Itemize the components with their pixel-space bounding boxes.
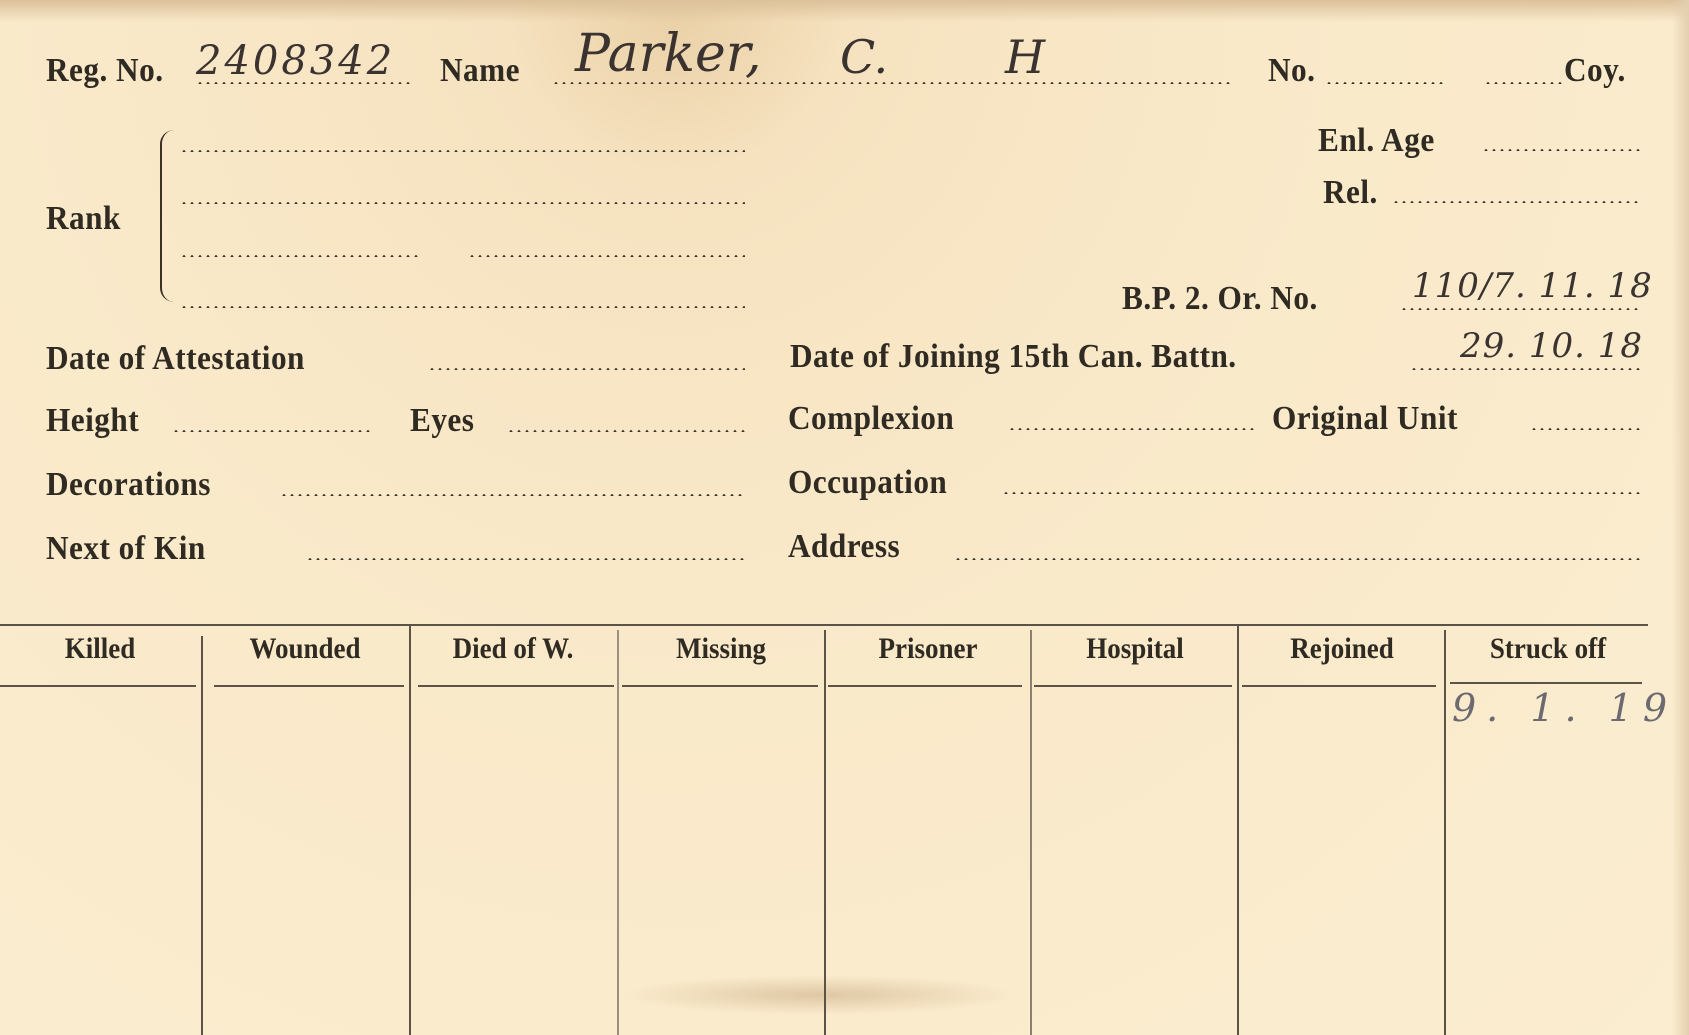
height-label: Height	[46, 402, 139, 440]
rank-line-3a	[180, 255, 420, 257]
bp2-dotted-line	[1400, 308, 1642, 310]
rank-line-1	[180, 150, 745, 152]
reg-no-label: Reg. No.	[46, 52, 163, 90]
complexion-label: Complexion	[788, 400, 954, 438]
eyes-label: Eyes	[410, 402, 474, 440]
column-divider	[1444, 630, 1446, 1035]
original-unit-label: Original Unit	[1272, 400, 1458, 438]
rank-brace	[160, 130, 176, 302]
decorations-dotted-line	[280, 494, 745, 496]
name-label: Name	[440, 52, 520, 90]
occupation-dotted-line	[1002, 492, 1642, 494]
column-header-wounded: Wounded	[212, 632, 397, 666]
column-divider	[201, 636, 203, 1035]
bp2-value: 110/7. 11. 18	[1412, 266, 1653, 306]
next-of-kin-label: Next of Kin	[46, 530, 206, 568]
enl-age-dotted-line	[1482, 149, 1642, 151]
table-top-rule	[0, 624, 1648, 626]
header-underline	[622, 685, 818, 687]
column-divider	[617, 630, 619, 1035]
address-label: Address	[788, 528, 900, 566]
header-underline	[1450, 682, 1642, 684]
address-dotted-line	[954, 558, 1642, 560]
paper-stain	[0, 0, 1689, 22]
header-underline	[1034, 685, 1232, 687]
header-underline	[1242, 685, 1436, 687]
enl-age-label: Enl. Age	[1318, 122, 1435, 160]
column-header-rejoined: Rejoined	[1250, 632, 1434, 666]
initial-value: H	[1005, 30, 1045, 84]
column-header-hospital: Hospital	[1042, 632, 1227, 666]
paper-edge	[1672, 0, 1689, 1035]
coy-dotted-line	[1484, 82, 1564, 84]
decorations-label: Decorations	[46, 466, 211, 504]
rel-dotted-line	[1392, 201, 1642, 203]
original-unit-dotted-line	[1530, 428, 1642, 430]
column-header-prisoner: Prisoner	[836, 632, 1020, 666]
paper-stain	[620, 975, 1020, 1015]
eyes-dotted-line	[507, 430, 745, 432]
coy-label: Coy.	[1564, 52, 1626, 90]
occupation-label: Occupation	[788, 464, 947, 502]
no-dotted-line	[1325, 82, 1445, 84]
column-header-struck-off: Struck off	[1456, 632, 1640, 666]
rank-label: Rank	[46, 200, 121, 238]
date-attestation-label: Date of Attestation	[46, 340, 305, 378]
column-divider	[1030, 630, 1032, 1035]
struck-off-date: 9. 1. 19	[1452, 686, 1677, 730]
rel-label: Rel.	[1323, 174, 1378, 212]
rank-line-4	[180, 306, 745, 308]
column-header-killed: Killed	[10, 632, 190, 666]
reg-no-value: 2408342	[196, 38, 395, 84]
date-attestation-dotted-line	[428, 368, 745, 370]
date-joining-dotted-line	[1410, 368, 1642, 370]
complexion-dotted-line	[1008, 428, 1258, 430]
rank-line-2	[180, 202, 745, 204]
initial-value: C.	[840, 30, 888, 84]
column-divider	[1237, 626, 1239, 1035]
service-card: Reg. No. 2408342 Name Parker, C. H No. C…	[0, 0, 1689, 1035]
column-header-died-of-wounds: Died of W.	[420, 632, 605, 666]
header-underline	[0, 685, 196, 687]
header-underline	[828, 685, 1022, 687]
no-label: No.	[1268, 52, 1315, 90]
bp2-label: B.P. 2. Or. No.	[1122, 280, 1318, 318]
column-header-missing: Missing	[628, 632, 813, 666]
height-dotted-line	[172, 430, 372, 432]
date-joining-value: 29. 10. 18	[1460, 326, 1643, 366]
header-underline	[418, 685, 614, 687]
rank-line-3b	[468, 255, 745, 257]
next-of-kin-dotted-line	[306, 558, 745, 560]
date-joining-label: Date of Joining 15th Can. Battn.	[790, 338, 1237, 376]
column-divider	[409, 626, 411, 1035]
column-divider	[824, 630, 826, 1035]
header-underline	[214, 685, 404, 687]
surname-value: Parker,	[575, 24, 761, 84]
